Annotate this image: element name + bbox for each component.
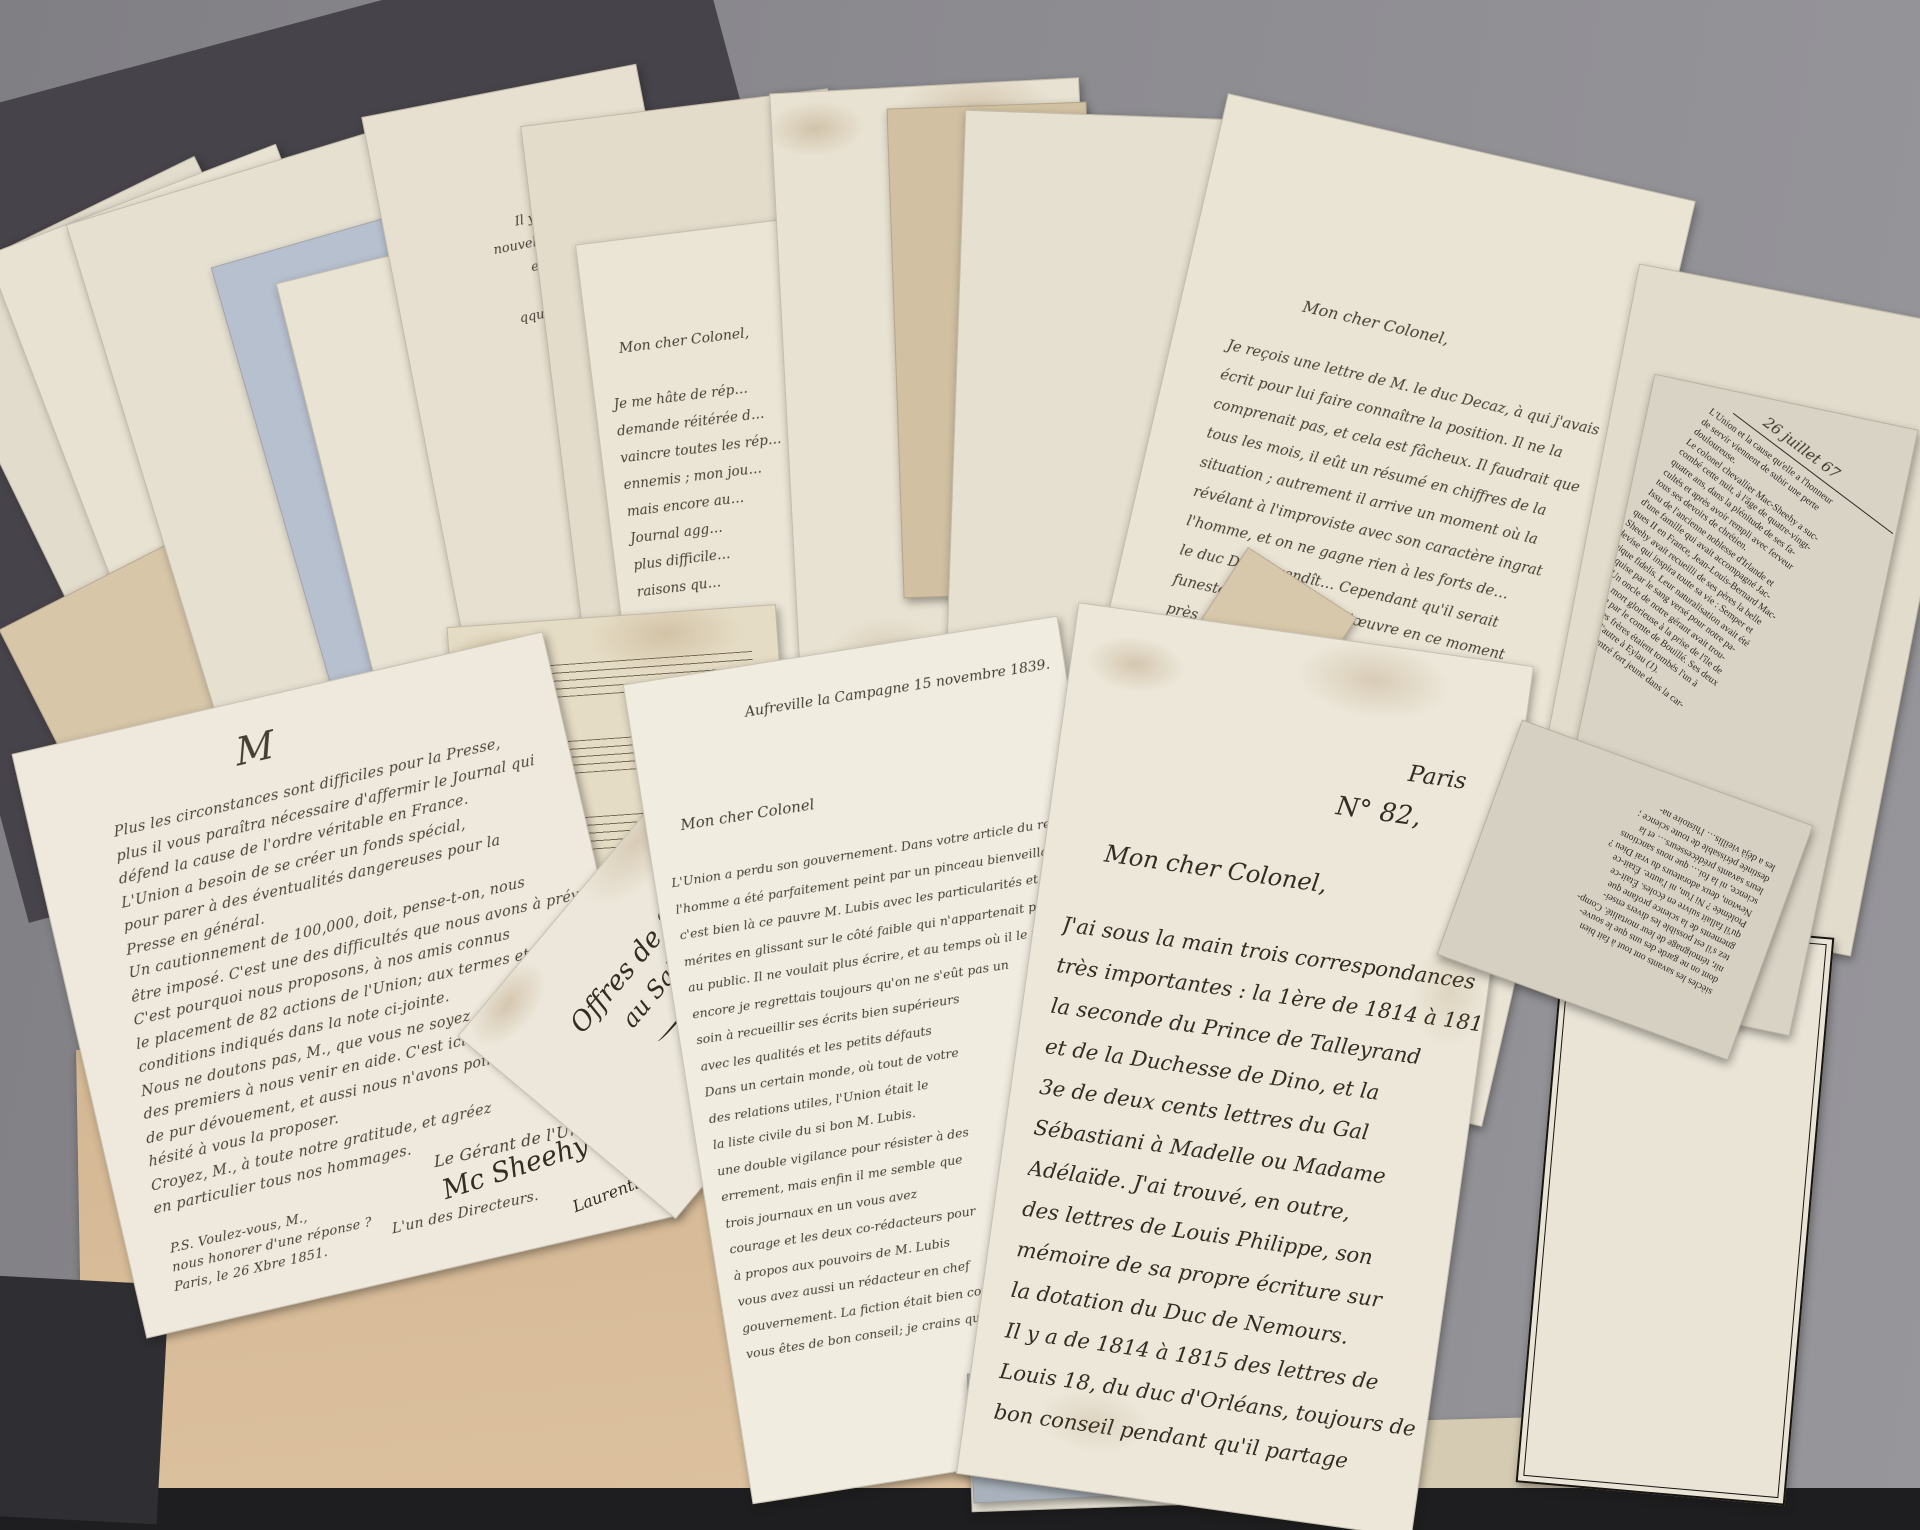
- paris-dateline: Paris: [1407, 761, 1468, 795]
- letter-hate-text: Je me hâte de rép…demande réitérée d…vai…: [612, 372, 799, 606]
- auffreville-dateline: Aufreville la Campagne 15 novembre 1839.: [744, 657, 1051, 721]
- letter-decaz-salutation: Mon cher Colonel,: [1301, 297, 1451, 349]
- photo-of-manuscript-archive: Il y a longtemps, c…nouvelles directes ;…: [0, 0, 1920, 1530]
- auffreville-salutation: Mon cher Colonel: [679, 795, 816, 834]
- table-edge: [0, 1488, 1920, 1530]
- paris-salutation: Mon cher Colonel,: [1103, 840, 1329, 899]
- paris-body: J'ai sous la main trois correspondancest…: [991, 904, 1491, 1492]
- circular-salutation: M: [234, 722, 277, 775]
- paris-number: N° 82,: [1334, 791, 1423, 833]
- letter-hate-salutation: Mon cher Colonel,: [618, 325, 750, 357]
